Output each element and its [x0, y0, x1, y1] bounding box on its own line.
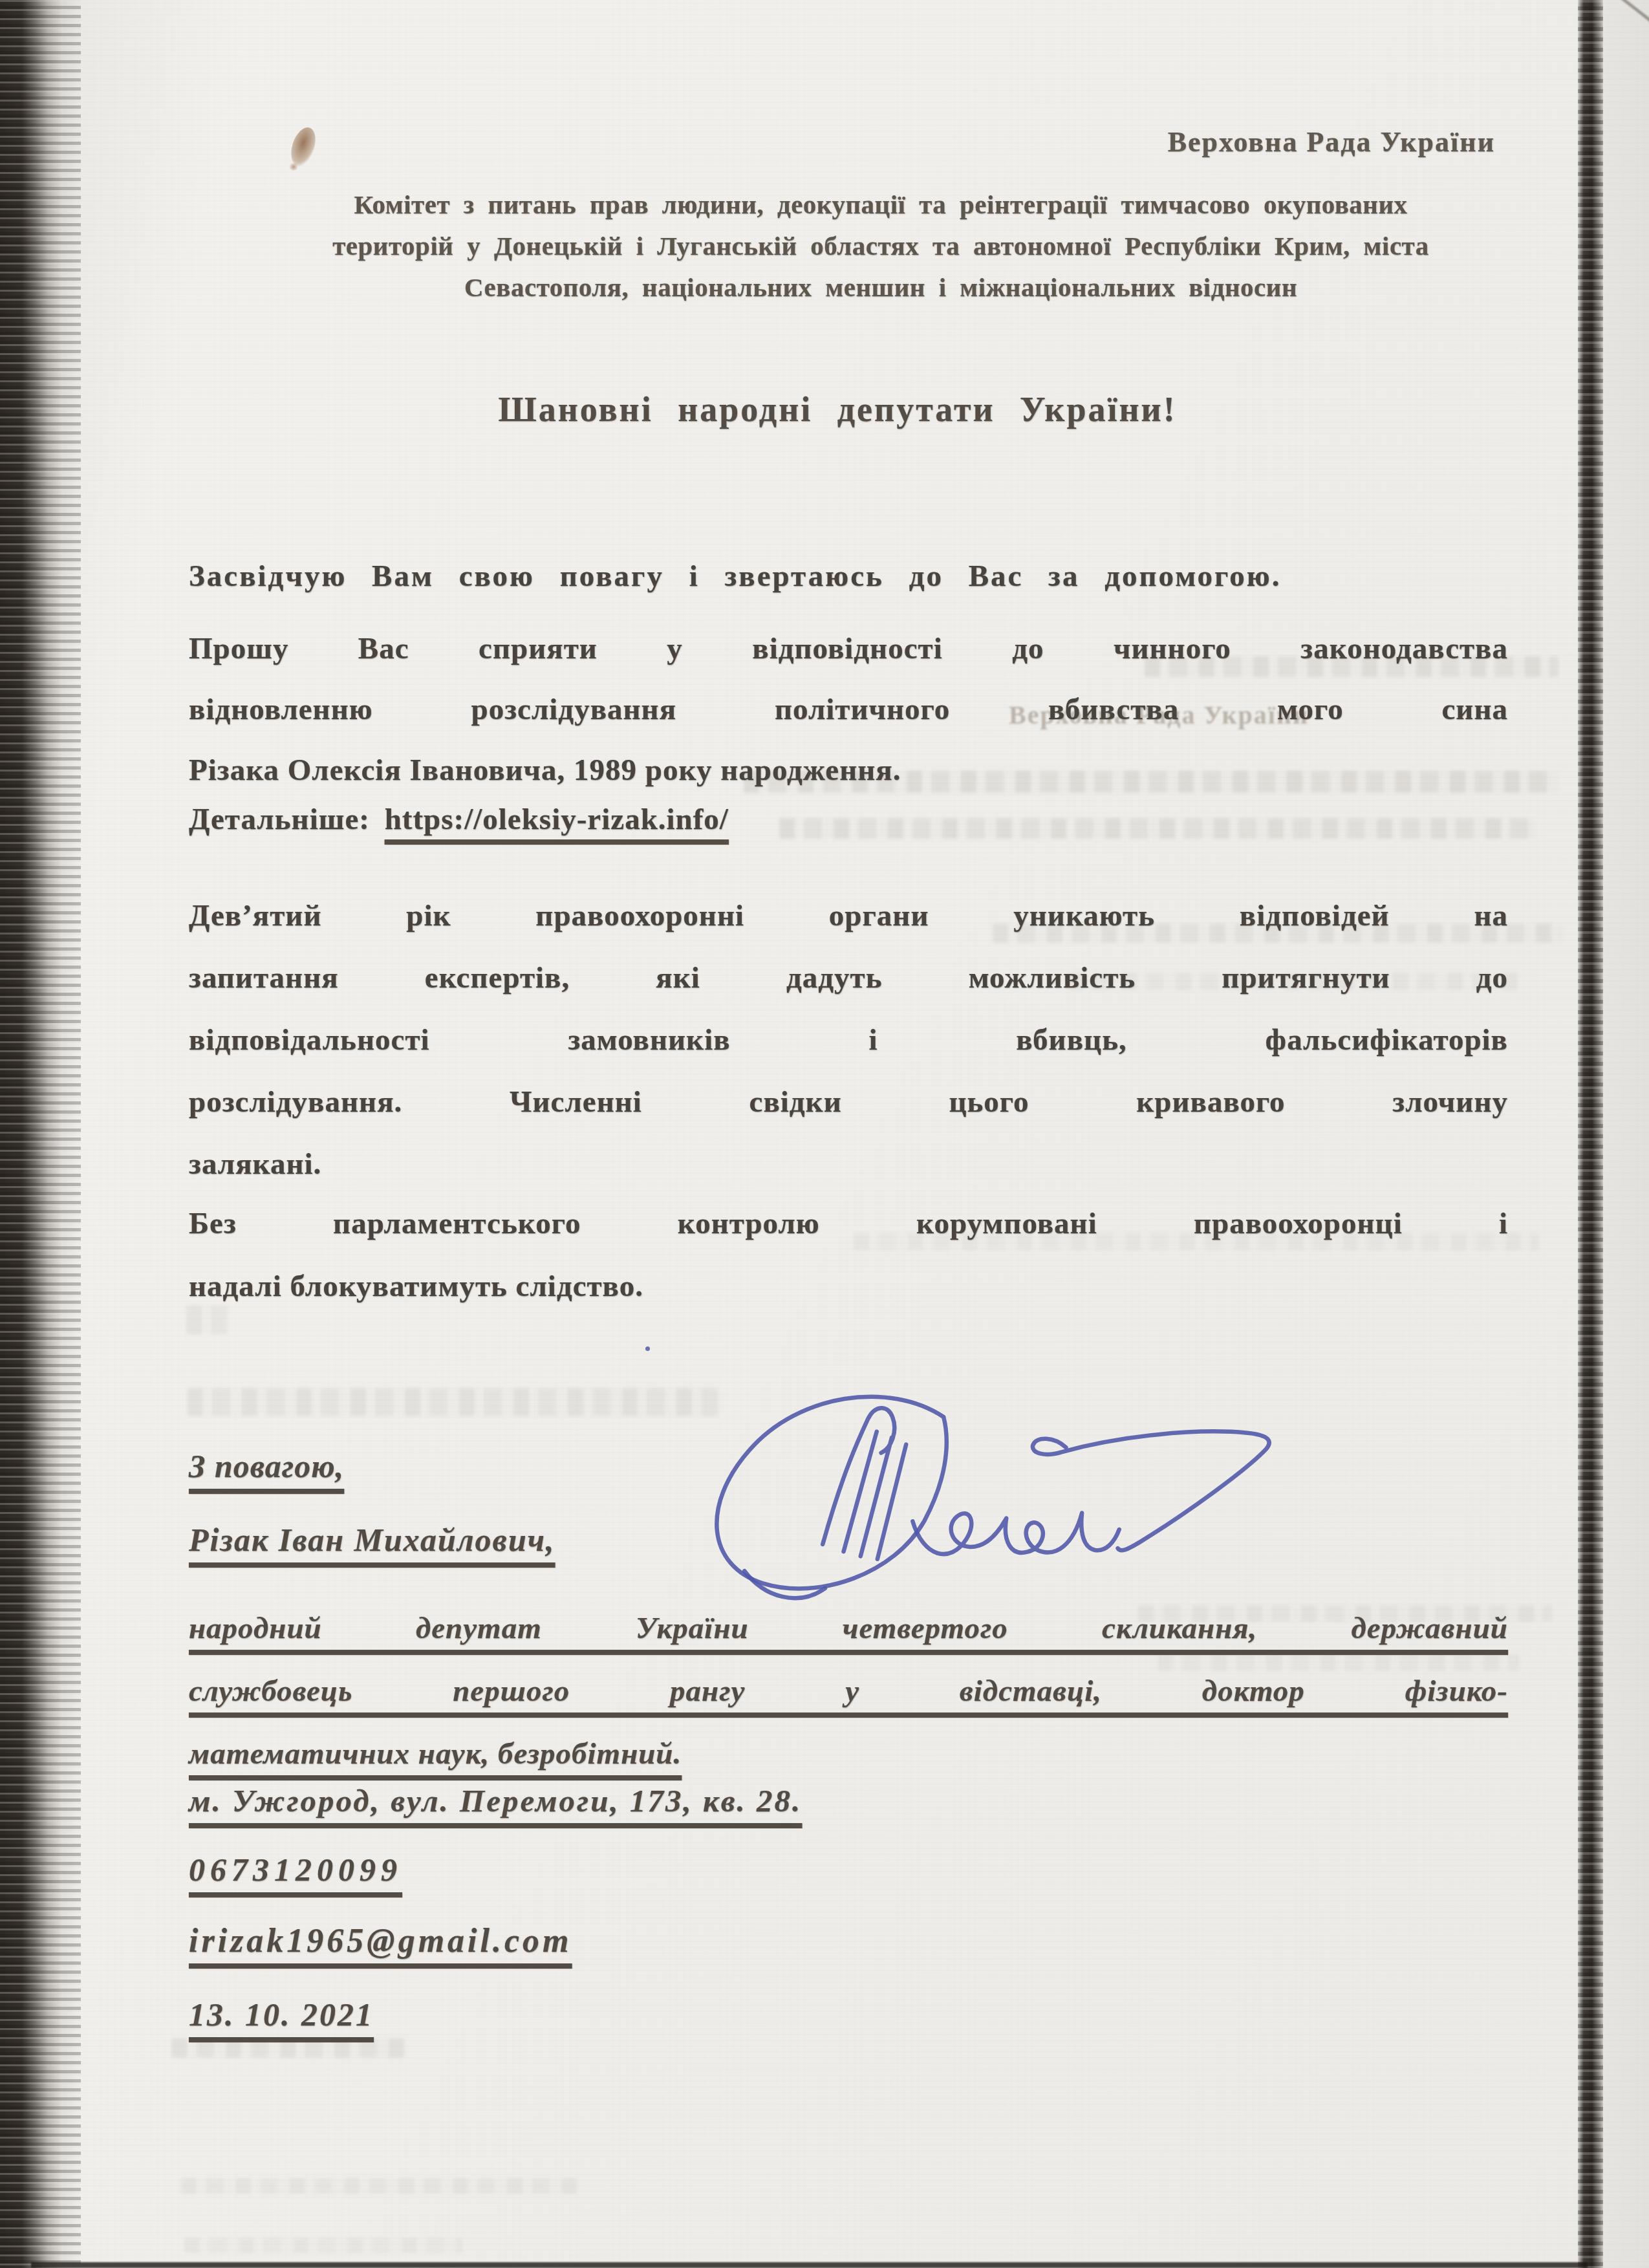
text-line: запитання експертів, які дадуть можливіс… — [189, 947, 1508, 1009]
text-line: Дев’ятий рік правоохоронні органи уникаю… — [189, 885, 1508, 947]
text-line: Різака Олексія Івановича, 1989 року наро… — [189, 740, 1508, 801]
recipient-organization: Верховна Рада України — [1168, 125, 1495, 158]
author-name: Різак Іван Михайлович, — [189, 1521, 555, 1559]
text-line: математичних наук, безробітний. — [189, 1723, 1508, 1786]
signature-monogram — [819, 1407, 909, 1561]
text-line: Прошу Вас сприяти у відповідності до чин… — [189, 618, 1508, 679]
text-line: залякані. — [189, 1133, 1508, 1195]
details-line: Детальніше: https://oleksiy-rizak.info/ — [189, 802, 1508, 837]
recipient-committee: Комітет з питань прав людини, деокупації… — [253, 184, 1508, 308]
signature-wave — [912, 1509, 1120, 1556]
paragraph-respect: Засвідчую Вам свою повагу і звертаюсь до… — [189, 559, 1508, 594]
salutation-heading: Шановні народні депутати України! — [175, 389, 1500, 429]
paragraph-request: Прошу Вас сприяти у відповідності до чин… — [189, 618, 1508, 801]
paper-stain — [288, 163, 299, 171]
signature-oval — [713, 1395, 950, 1591]
bleedthrough-artifact — [181, 2178, 582, 2194]
text-line: Севастополя, національних меншин і міжна… — [253, 266, 1508, 308]
scan-edge-bottom — [31, 2262, 1588, 2268]
text-line: Комітет з питань прав людини, деокупації… — [253, 184, 1508, 225]
author-phone: 0673120099 — [189, 1851, 402, 1888]
paragraph-investigation: Дев’ятий рік правоохоронні органи уникаю… — [189, 885, 1508, 1195]
bleedthrough-artifact — [171, 2038, 404, 2058]
author-address: м. Ужгород, вул. Перемоги, 173, кв. 28. — [189, 1782, 802, 1819]
details-label: Детальніше: — [189, 803, 370, 836]
text-line: Без парламентського контролю корумповані… — [189, 1193, 1508, 1255]
text-line: територій у Донецькій і Луганській облас… — [253, 225, 1508, 266]
document-date: 13. 10. 2021 — [189, 1996, 374, 2033]
scanner-bed-margin — [1603, 0, 1649, 2268]
signature-flourish — [1032, 1430, 1271, 1553]
scan-edge-right-band — [1578, 0, 1604, 2268]
author-email: irizak1965@gmail.com — [189, 1922, 572, 1960]
text-line: відновленню розслідування політичного вб… — [189, 679, 1508, 740]
closing-salutation: З повагою, — [189, 1447, 344, 1485]
scan-edge-left-band — [0, 0, 81, 2268]
bleedthrough-artifact — [184, 2238, 462, 2253]
text-line: відповідальності замовників і вбивць, фа… — [189, 1009, 1508, 1071]
text-line: розслідування. Численні свідки цього кри… — [189, 1071, 1508, 1133]
text-line: Засвідчую Вам свою повагу і звертаюсь до… — [189, 559, 1508, 594]
signature-tail — [744, 1569, 825, 1599]
handwritten-signature — [610, 1297, 1330, 1678]
document-link: https://oleksiy-rizak.info/ — [385, 803, 729, 836]
scanned-letter-page: Верховна Рада України Верховна Рада Укра… — [0, 0, 1649, 2268]
